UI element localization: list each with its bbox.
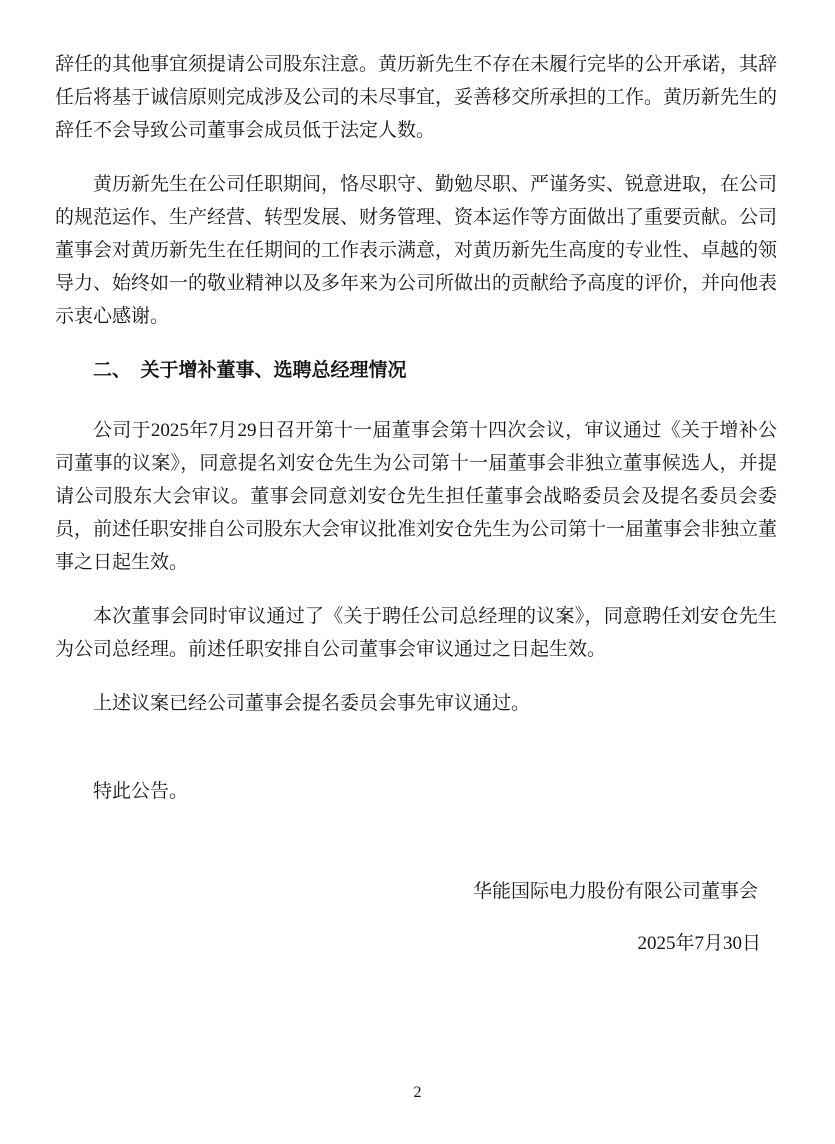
body-paragraph-gm-appointment: 本次董事会同时审议通过了《关于聘任公司总经理的议案》，同意聘任刘安仓先生为公司总… xyxy=(55,600,777,666)
document-body: 辞任的其他事宜须提请公司股东注意。黄历新先生不存在未履行完毕的公开承诺，其辞任后… xyxy=(55,48,777,960)
signature-line: 华能国际电力股份有限公司董事会 xyxy=(55,875,777,908)
page-number: 2 xyxy=(0,1084,835,1102)
section-heading-2: 二、 关于增补董事、选聘总经理情况 xyxy=(55,354,777,387)
body-paragraph-director-nomination: 公司于2025年7月29日召开第十一届董事会第十四次会议，审议通过《关于增补公司… xyxy=(55,414,777,579)
body-paragraph-resignation-notes: 辞任的其他事宜须提请公司股东注意。黄历新先生不存在未履行完毕的公开承诺，其辞任后… xyxy=(55,48,777,147)
closing-statement: 特此公告。 xyxy=(55,775,777,808)
body-paragraph-board-appreciation: 黄历新先生在公司任职期间，恪尽职守、勤勉尽职、严谨务实、锐意进取，在公司的规范运… xyxy=(55,168,777,333)
document-page: 辞任的其他事宜须提请公司股东注意。黄历新先生不存在未履行完毕的公开承诺，其辞任后… xyxy=(0,0,835,1144)
date-line: 2025年7月30日 xyxy=(55,927,777,960)
body-paragraph-nomination-committee: 上述议案已经公司董事会提名委员会事先审议通过。 xyxy=(55,687,777,720)
